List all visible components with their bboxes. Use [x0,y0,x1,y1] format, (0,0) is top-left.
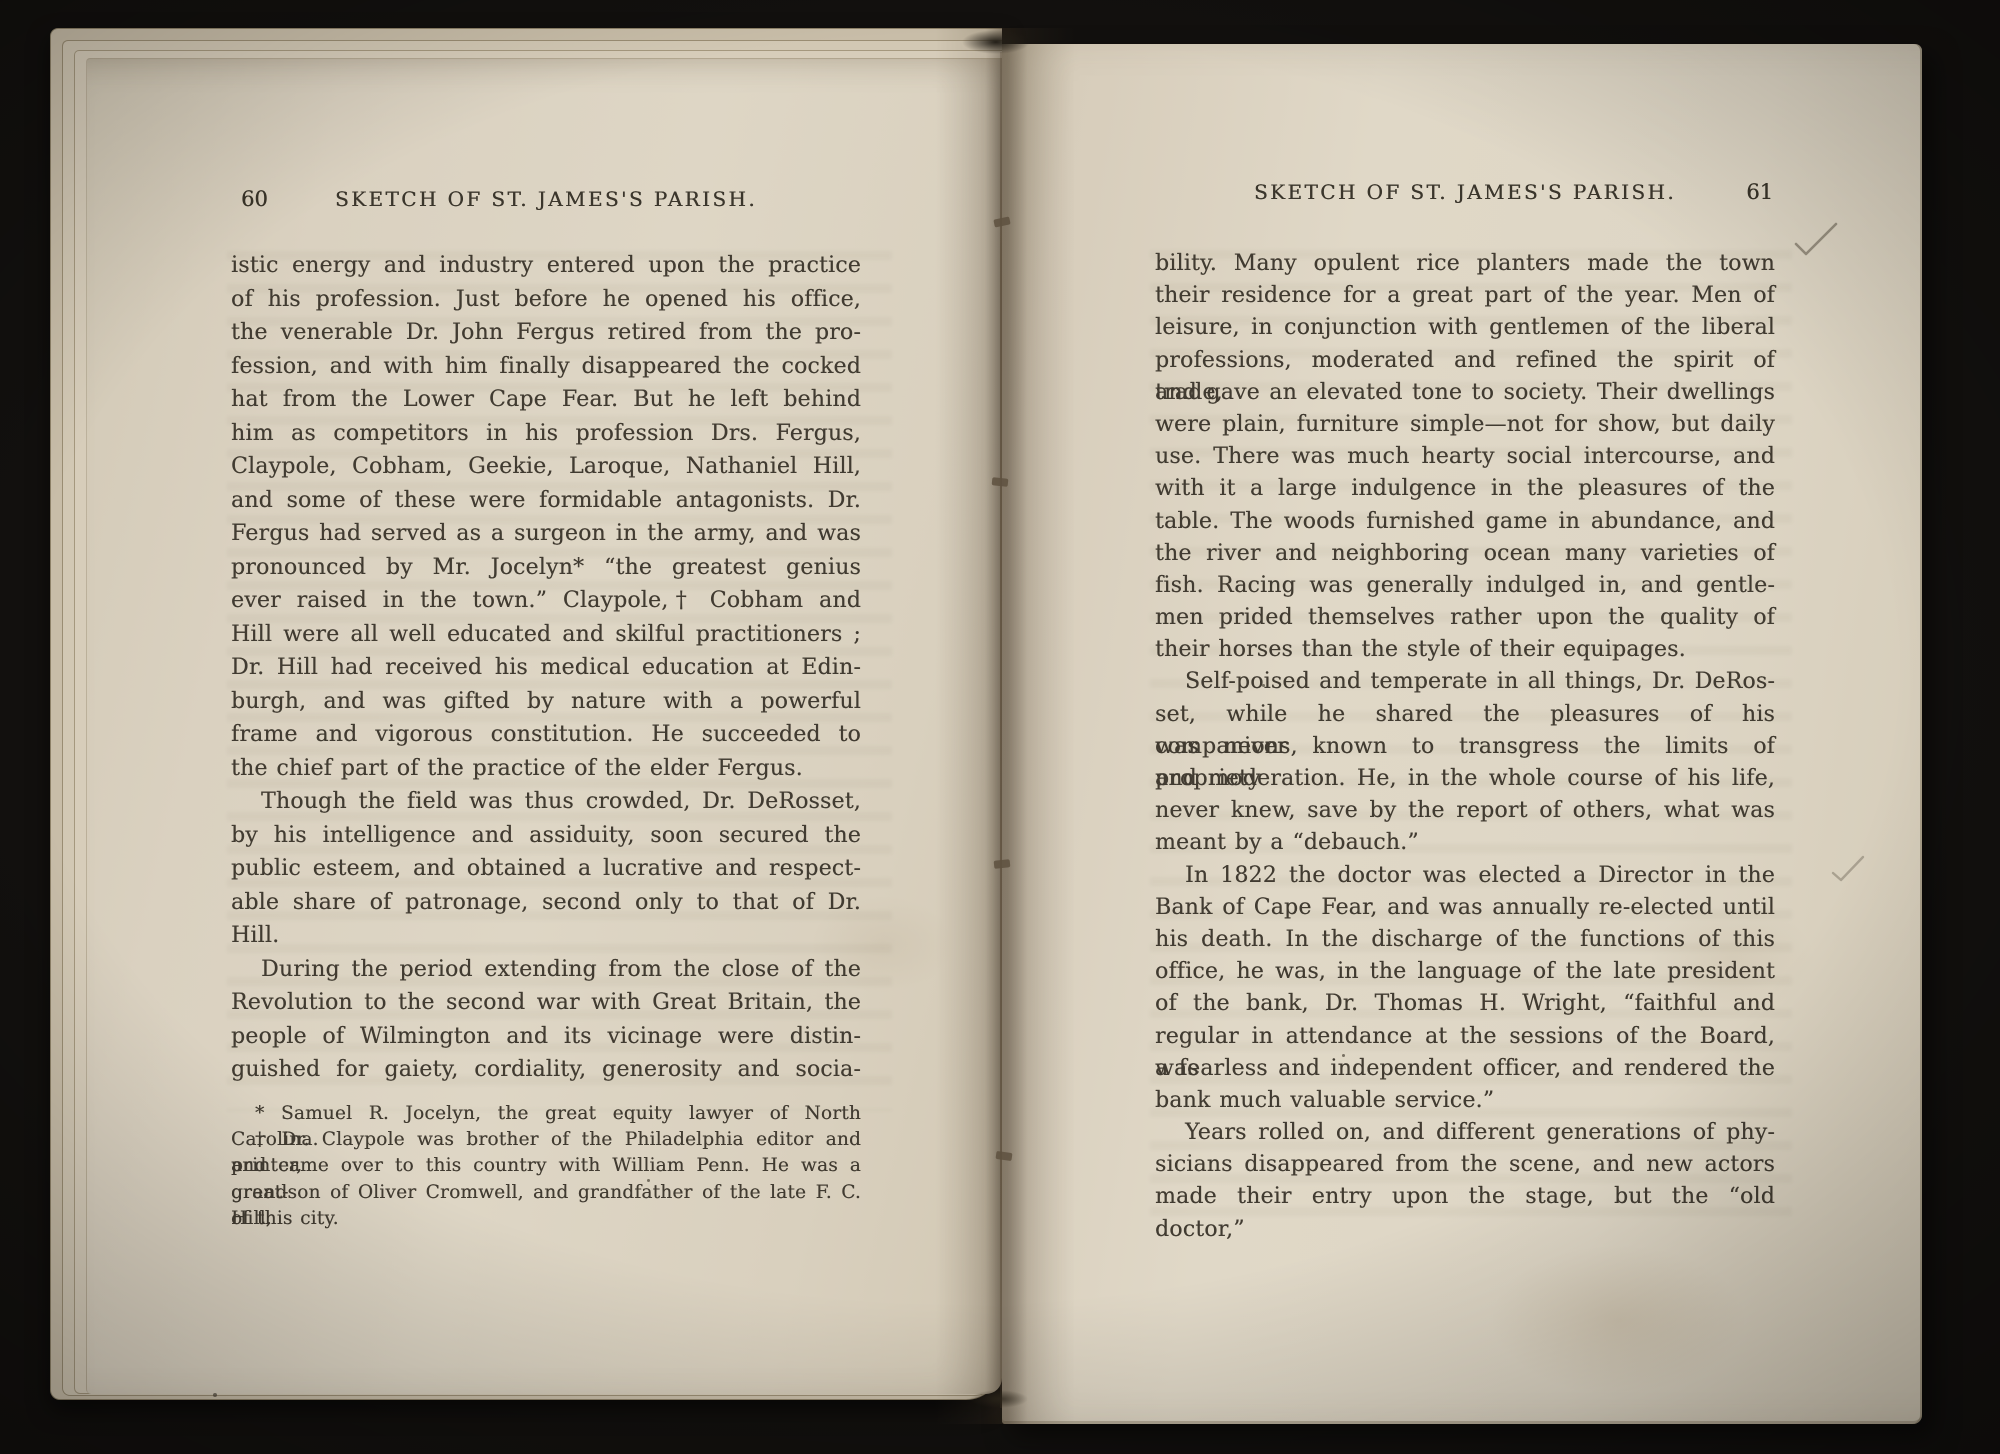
text-line: Fergus had served as a surgeon in the ar… [231,517,861,551]
text-line: was never known to transgress the limits… [1155,731,1775,763]
text-line: of his profession. Just before he opened… [231,283,861,317]
text-line: his death. In the discharge of the funct… [1155,924,1775,956]
footnote-line: of this city. [231,1206,861,1232]
footnote-line: † Dr. Claypole was brother of the Philad… [231,1127,861,1153]
text-line: Bank of Cape Fear, and was annually re-e… [1155,892,1775,924]
text-line: pronounced by Mr. Jocelyn* “the greatest… [231,551,861,585]
binding-stitch [994,859,1011,869]
text-line: a fearless and independent officer, and … [1155,1053,1775,1085]
footnote-line: * Samuel R. Jocelyn, the great equity la… [231,1101,861,1127]
text-line: and some of these were formidable antago… [231,484,861,518]
text-line: and gave an elevated tone to society. Th… [1155,377,1775,409]
text-line: with it a large indulgence in the pleasu… [1155,473,1775,505]
text-line: of the bank, Dr. Thomas H. Wright, “fait… [1155,988,1775,1020]
text-line: professions, moderated and refined the s… [1155,345,1775,377]
running-title: SKETCH OF ST. JAMES'S PARISH. [231,187,861,211]
text-line: their residence for a great part of the … [1155,280,1775,312]
text-line: their horses than the style of their equ… [1155,634,1775,666]
paper-speck [647,1179,650,1182]
text-line: leisure, in conjunction with gentlemen o… [1155,312,1775,344]
text-line: set, while he shared the pleasures of hi… [1155,699,1775,731]
right-page-body-text: bility. Many opulent rice planters made … [1155,248,1775,1214]
photo-background: 60 SKETCH OF ST. JAMES'S PARISH. istic e… [0,0,2000,1454]
text-line: the river and neighboring ocean many var… [1155,538,1775,570]
text-line: fession, and with him finally disappeare… [231,350,861,384]
text-line: public esteem, and obtained a lucrative … [231,852,861,886]
text-line: fish. Racing was generally indulged in, … [1155,570,1775,602]
right-page: SKETCH OF ST. JAMES'S PARISH. 61 bility.… [1002,44,1922,1424]
text-line: regular in attendance at the sessions of… [1155,1021,1775,1053]
text-line: the chief part of the practice of the el… [231,752,861,786]
running-title: SKETCH OF ST. JAMES'S PARISH. [1155,180,1775,204]
footnote-line: and came over to this country with Willi… [231,1153,861,1179]
text-line: Though the field was thus crowded, Dr. D… [231,785,861,819]
text-line: people of Wilmington and its vicinage we… [231,1020,861,1054]
text-line: Dr. Hill had received his medical educat… [231,651,861,685]
text-line: never knew, save by the report of others… [1155,795,1775,827]
left-page-footnotes: * Samuel R. Jocelyn, the great equity la… [231,1101,861,1232]
text-line: men prided themselves rather upon the qu… [1155,602,1775,634]
left-page: 60 SKETCH OF ST. JAMES'S PARISH. istic e… [86,58,1002,1394]
paper-speck [213,1393,217,1397]
left-page-body-text: istic energy and industry entered upon t… [231,249,861,1087]
left-page-header: 60 SKETCH OF ST. JAMES'S PARISH. [231,187,861,219]
text-line: able share of patronage, second only to … [231,886,861,920]
paper-speck [1342,1054,1345,1057]
text-line: him as competitors in his profession Drs… [231,417,861,451]
text-line: bank much valuable service.” [1155,1085,1775,1117]
spine-notch [970,1390,1028,1408]
text-line: Revolution to the second war with Great … [231,986,861,1020]
text-line: In 1822 the doctor was elected a Directo… [1155,860,1775,892]
text-line: frame and vigorous constitution. He succ… [231,718,861,752]
footnote-line: grandson of Oliver Cromwell, and grandfa… [231,1180,861,1206]
text-line: Hill were all well educated and skilful … [231,618,861,652]
text-line: meant by a “debauch.” [1155,827,1775,859]
paper-speck [1262,684,1265,687]
pencil-check-icon [1830,854,1866,884]
text-line: Years rolled on, and different generatio… [1155,1117,1775,1149]
text-line: Self-poised and temperate in all things,… [1155,666,1775,698]
text-line: ever raised in the town.” Claypole,† Cob… [231,584,861,618]
text-line: hat from the Lower Cape Fear. But he lef… [231,383,861,417]
page-number: 61 [1746,180,1773,204]
text-line: use. There was much hearty social interc… [1155,441,1775,473]
page-number: 60 [241,187,268,211]
spine-notch [962,30,1030,54]
text-line: were plain, furniture simple—not for sho… [1155,409,1775,441]
text-line: office, he was, in the language of the l… [1155,956,1775,988]
text-line: made their entry upon the stage, but the… [1155,1181,1775,1213]
text-line: burgh, and was gifted by nature with a p… [231,685,861,719]
text-line: istic energy and industry entered upon t… [231,249,861,283]
text-line: sicians disappeared from the scene, and … [1155,1149,1775,1181]
text-line: the venerable Dr. John Fergus retired fr… [231,316,861,350]
pencil-check-icon [1792,220,1840,260]
text-line: Claypole, Cobham, Geekie, Laroque, Natha… [231,450,861,484]
binding-stitch [992,477,1009,487]
text-line: During the period extending from the clo… [231,953,861,987]
text-line: guished for gaiety, cordiality, generosi… [231,1053,861,1087]
text-line: bility. Many opulent rice planters made … [1155,248,1775,280]
water-stain [1448,1220,1788,1420]
text-line: Hill. [231,919,861,953]
right-page-header: SKETCH OF ST. JAMES'S PARISH. 61 [1155,180,1775,212]
text-line: and moderation. He, in the whole course … [1155,763,1775,795]
text-line: table. The woods furnished game in abund… [1155,506,1775,538]
text-line: by his intelligence and assiduity, soon … [231,819,861,853]
